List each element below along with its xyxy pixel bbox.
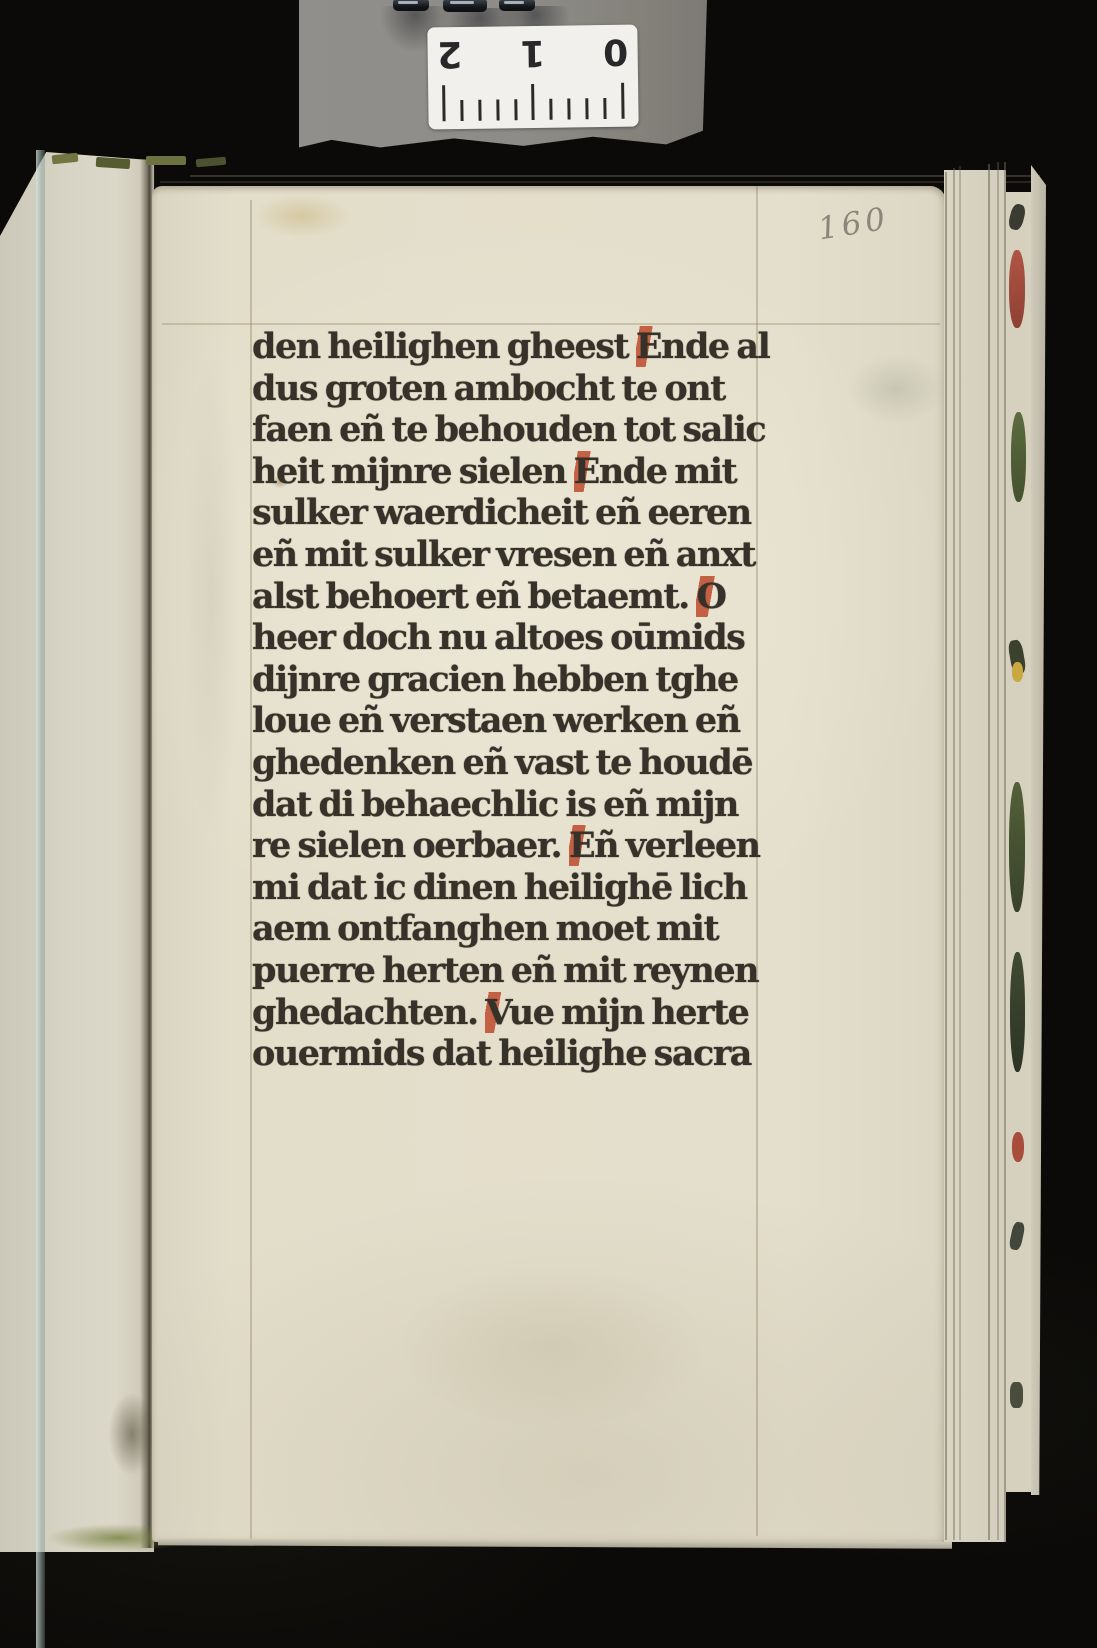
ruler-digit: 2 bbox=[429, 33, 470, 75]
left-cover-flyleaf bbox=[0, 152, 154, 1552]
text-segment: heit mijnre sielen bbox=[252, 451, 574, 492]
text-segment: re sielen oerbaer. bbox=[252, 825, 569, 866]
metal-clip-icon bbox=[443, 0, 487, 12]
text-segment: dijnre gracien hebben tghe bbox=[252, 659, 738, 700]
gutter-debris bbox=[108, 1392, 156, 1476]
text-segment: faen eñ te behouden tot salic bbox=[252, 409, 765, 450]
scale-ruler: 210 bbox=[427, 25, 638, 130]
manuscript-page: den heilighen gheest Ende aldus groten a… bbox=[152, 186, 946, 1542]
edge-deco-red bbox=[1009, 250, 1025, 328]
edge-deco-yellow bbox=[1012, 662, 1023, 682]
decorated-edge-glimpse bbox=[1006, 192, 1031, 1492]
rubricated-initial: E bbox=[569, 825, 594, 866]
manuscript-text-line: re sielen oerbaer. Eñ verleen bbox=[252, 825, 764, 867]
text-segment: eñ mit sulker vresen eñ anxt bbox=[252, 534, 755, 575]
show-through bbox=[182, 346, 242, 846]
page-edge-line bbox=[945, 172, 947, 1540]
ruler-tick bbox=[532, 84, 536, 120]
page-edge-line bbox=[953, 168, 955, 1540]
spine-stitching bbox=[146, 156, 186, 165]
ruler-ticks bbox=[442, 77, 625, 122]
edge-deco-red bbox=[1012, 1132, 1024, 1162]
ruler-tick bbox=[496, 99, 499, 120]
rubricated-initial: E bbox=[636, 326, 661, 367]
text-segment: puerre herten eñ mit reynen bbox=[252, 950, 758, 991]
ruler-tick bbox=[478, 100, 481, 121]
ruler-tick bbox=[442, 85, 446, 121]
text-segment: loue eñ verstaen werken eñ bbox=[252, 700, 740, 741]
page-edge-line bbox=[997, 162, 999, 1540]
ruler-tick bbox=[585, 98, 588, 119]
text-segment: den heilighen gheest bbox=[252, 326, 636, 367]
ruler-tick bbox=[514, 99, 517, 120]
rubricated-initial: V bbox=[485, 992, 508, 1033]
ruler-tick bbox=[460, 100, 463, 121]
ruler-tick bbox=[603, 98, 606, 119]
manuscript-text-line: alst behoert eñ betaemt. O bbox=[252, 576, 764, 618]
text-segment: ue mijn herte bbox=[509, 992, 749, 1033]
manuscript-text-line: ghedachten. Vue mijn herte bbox=[252, 992, 764, 1034]
manuscript-text-line: loue eñ verstaen werken eñ bbox=[252, 700, 764, 742]
page-edge-line bbox=[959, 166, 961, 1540]
text-segment: nde mit bbox=[599, 451, 736, 492]
manuscript-text-line: dus groten ambocht te ont bbox=[252, 368, 764, 410]
folio-number: 160 bbox=[816, 201, 892, 248]
text-segment: mi dat ic dinen heilighē lich bbox=[252, 867, 747, 908]
ruler-digit: 0 bbox=[595, 31, 636, 73]
manuscript-text-line: dijnre gracien hebben tghe bbox=[252, 659, 764, 701]
manuscript-text-line: ghedenken eñ vast te houdē bbox=[252, 742, 764, 784]
manuscript-text-line: faen eñ te behouden tot salic bbox=[252, 409, 764, 451]
manuscript-text-line: dat di behaechlic is eñ mijn bbox=[252, 784, 764, 826]
rubricated-initial: O bbox=[696, 576, 725, 617]
manuscript-text-line: den heilighen gheest Ende al bbox=[252, 326, 764, 368]
page-edge-line bbox=[988, 164, 990, 1540]
ruler-digit: 1 bbox=[512, 32, 553, 74]
edge-deco-green bbox=[1009, 782, 1025, 912]
edge-deco-mark bbox=[1008, 1221, 1026, 1251]
leaf-edge bbox=[160, 181, 1040, 183]
edge-deco-green bbox=[1011, 412, 1026, 502]
manuscript-text-line: aem ontfanghen moet mit bbox=[252, 908, 764, 950]
manuscript-text-line: mi dat ic dinen heilighē lich bbox=[252, 867, 764, 909]
manuscript-text-line: heit mijnre sielen Ende mit bbox=[252, 451, 764, 493]
manuscript-text-line: puerre herten eñ mit reynen bbox=[252, 950, 764, 992]
ruler-digits: 210 bbox=[427, 31, 638, 80]
manuscript-text-line: heer doch nu altoes oūmids bbox=[252, 617, 764, 659]
text-segment: dat di behaechlic is eñ mijn bbox=[252, 784, 738, 825]
stain bbox=[252, 194, 352, 238]
text-segment: dus groten ambocht te ont bbox=[252, 368, 725, 409]
metal-clip-icon bbox=[393, 0, 429, 11]
text-segment: ñ verleen bbox=[594, 825, 759, 866]
edge-deco-mark bbox=[1010, 1382, 1023, 1408]
text-segment: ghedenken eñ vast te houdē bbox=[252, 742, 752, 783]
manuscript-text-line: eñ mit sulker vresen eñ anxt bbox=[252, 534, 764, 576]
text-segment: sulker waerdicheit eñ eeren bbox=[252, 492, 751, 533]
metal-clip-icon bbox=[499, 0, 535, 11]
text-segment: ouermids dat heilighe sacra bbox=[252, 1033, 751, 1074]
ruler-tick bbox=[550, 99, 553, 120]
rubricated-initial: E bbox=[574, 451, 599, 492]
ruling-line-horizontal bbox=[162, 323, 940, 325]
manuscript-photo: 210 den heilighen gheest Ende aldus grot… bbox=[0, 0, 1097, 1648]
manuscript-text-line: ouermids dat heilighe sacra bbox=[252, 1033, 764, 1075]
text-segment: alst behoert eñ betaemt. bbox=[252, 576, 696, 617]
text-segment: nde al bbox=[661, 326, 769, 367]
text-segment: aem ontfanghen moet mit bbox=[252, 908, 718, 949]
ruler-tick bbox=[621, 83, 625, 119]
ruler-tick bbox=[568, 98, 571, 119]
stain bbox=[402, 1266, 702, 1426]
stain bbox=[846, 354, 946, 424]
edge-deco-mark bbox=[1007, 203, 1027, 232]
glass-rod bbox=[36, 150, 45, 1648]
text-block: den heilighen gheest Ende aldus groten a… bbox=[252, 326, 764, 1075]
text-segment: heer doch nu altoes oūmids bbox=[252, 617, 744, 658]
leaf-edge bbox=[190, 175, 1040, 177]
manuscript-text-line: sulker waerdicheit eñ eeren bbox=[252, 492, 764, 534]
edge-deco-dark-green bbox=[1010, 952, 1025, 1072]
text-segment: ghedachten. bbox=[252, 992, 485, 1033]
